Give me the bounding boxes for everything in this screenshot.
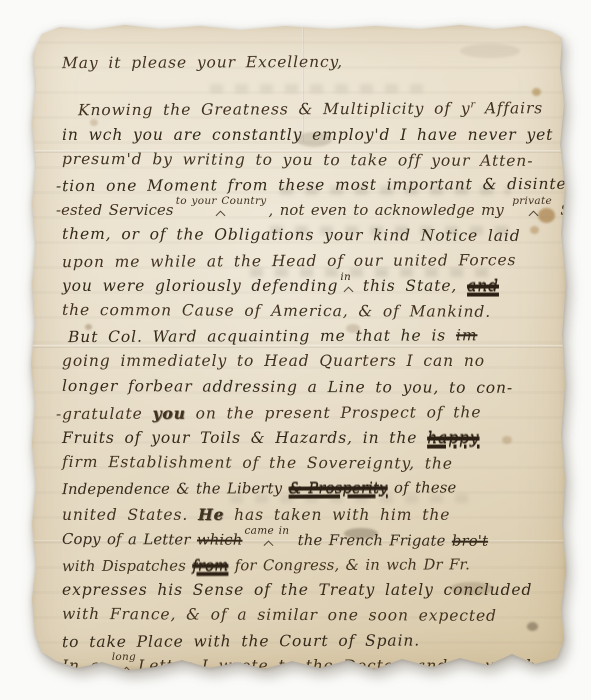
- letter-line: in wch you are constantly employ'd I hav…: [62, 123, 560, 148]
- struck-text: and: [467, 277, 499, 295]
- letter-lines: Knowing the Greatness & Multiplicity of …: [62, 93, 560, 679]
- letter-text: May it please your Excellency, Knowing t…: [62, 50, 560, 679]
- handwritten-text: with France, & of a similar one soon exp…: [62, 605, 497, 625]
- letter-line: presum'd by writing to you to take off y…: [62, 147, 560, 174]
- handwritten-text: you: [152, 403, 185, 422]
- handwritten-text: Sense of: [554, 202, 591, 219]
- letter-line: expresses his Sense of the Treaty lately…: [62, 578, 560, 603]
- struck-text: bro't: [452, 532, 488, 549]
- handwritten-text: of these: [388, 480, 457, 497]
- letter-line: united States. He has taken with him the: [62, 502, 560, 528]
- handwritten-text: -ested Services: [56, 202, 174, 219]
- letter-line: them, or of the Obligations your kind No…: [62, 222, 560, 249]
- letter-line: Copy of a Letter whichcame in the French…: [62, 527, 560, 554]
- handwritten-text: firm Establishment of the Sovereignty, t…: [62, 453, 453, 473]
- letter-line: going immediately to Head Quarters I can…: [62, 349, 560, 374]
- handwritten-text: presum'd by writing to you to take off y…: [62, 150, 533, 170]
- letter-line: upon me while at the Head of our united …: [62, 247, 560, 274]
- letter-line: -tion one Moment from these most importa…: [56, 172, 560, 199]
- handwritten-text: -gratulate: [56, 404, 153, 422]
- paper-shadow: May it please your Excellency, Knowing t…: [30, 24, 566, 670]
- handwritten-text: longer forbear addressing a Line to you,…: [62, 377, 513, 397]
- struck-text: happy: [427, 429, 479, 447]
- letter-line: the common Cause of America, & of Mankin…: [62, 298, 560, 325]
- handwritten-text: this State,: [353, 277, 467, 295]
- struck-text: & Prosperity: [289, 480, 388, 497]
- letter-line: firm Establishment of the Sovereignty, t…: [62, 450, 560, 477]
- handwritten-text: Affairs: [475, 99, 543, 117]
- handwritten-text: Letter I wrote to the Doctor, and to whi…: [138, 657, 536, 675]
- handwritten-text: Independence & the Liberty: [62, 481, 289, 499]
- letter-line: Knowing the Greatness & Multiplicity of …: [78, 92, 560, 123]
- letter-line: to take Place with the Court of Spain.: [62, 628, 560, 655]
- handwritten-text: the French Frigate: [291, 532, 452, 550]
- struck-text: im: [456, 326, 478, 344]
- handwritten-text: in wch you are constantly employ'd I hav…: [62, 126, 553, 144]
- handwritten-text: the common Cause of America, & of Mankin…: [62, 301, 491, 321]
- inserted-text: came in: [244, 526, 289, 536]
- letter-line: Independence & the Liberty & Prosperity …: [62, 475, 560, 502]
- letter-line: you were gloriously defendingin this Sta…: [62, 274, 560, 299]
- inserted-text: in: [340, 272, 351, 282]
- handwritten-text: He: [198, 505, 224, 524]
- handwritten-text: them, or of the Obligations your kind No…: [62, 225, 521, 245]
- handwritten-text: In a: [62, 657, 110, 675]
- handwritten-text: Knowing the Greatness & Multiplicity of …: [78, 100, 471, 120]
- salutation-line: May it please your Excellency,: [62, 49, 560, 76]
- letter-line: -gratulate you on the present Prospect o…: [56, 399, 560, 427]
- letter-line: with Dispatches from for Congress, & in …: [62, 552, 560, 579]
- letter-line: But Col. Ward acquainting me that he is …: [68, 323, 560, 350]
- letter-line: with France, & of a similar one soon exp…: [62, 602, 560, 629]
- inserted-text: private: [512, 196, 552, 206]
- handwritten-text: has taken with him the: [224, 506, 450, 524]
- struck-text: which: [197, 531, 243, 548]
- letter-line: -ested Servicesto your Country, not even…: [56, 198, 560, 223]
- handwritten-text: going immediately to Head Quarters I can…: [62, 352, 485, 370]
- handwritten-text: to take Place with the Court of Spain.: [62, 631, 420, 651]
- letter-photo: May it please your Excellency, Knowing t…: [0, 0, 591, 700]
- handwritten-text: , not even to acknowledge my: [269, 202, 511, 219]
- handwritten-text: Fruits of your Toils & Hazards, in the: [62, 429, 427, 447]
- inserted-text: to your Country: [176, 196, 267, 206]
- handwritten-text: united States.: [62, 506, 198, 524]
- letter-line: Fruits of your Toils & Hazards, in the h…: [62, 426, 560, 451]
- handwritten-text: with Dispatches: [62, 558, 192, 576]
- handwritten-text: expresses his Sense of the Treaty lately…: [62, 581, 532, 599]
- letter-line: In a longLetter I wrote to the Doctor, a…: [62, 654, 560, 679]
- letter-line: longer forbear addressing a Line to you,…: [62, 374, 560, 401]
- inserted-text: long: [112, 652, 136, 662]
- handwritten-text: upon me while at the Head of our united …: [62, 251, 516, 271]
- handwritten-text: on the present Prospect of the: [186, 403, 482, 422]
- handwritten-text: you were gloriously defending: [62, 277, 338, 295]
- handwritten-text: -tion one Moment from these most importa…: [56, 175, 573, 195]
- struck-text: from: [192, 557, 228, 574]
- letter-paper: May it please your Excellency, Knowing t…: [30, 24, 566, 670]
- handwritten-text: Copy of a Letter: [62, 531, 197, 549]
- handwritten-text: for Congress, & in wch Dr Fr.: [228, 556, 470, 574]
- handwritten-text: But Col. Ward acquainting me that he is: [68, 327, 456, 347]
